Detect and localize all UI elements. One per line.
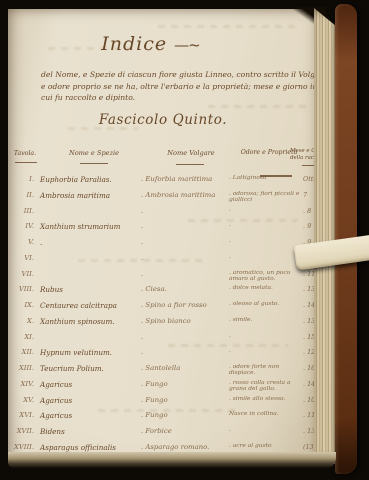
species-name: Agaricus: [40, 380, 138, 389]
odor-property: .: [229, 348, 305, 354]
row-number: VII.: [8, 270, 34, 278]
table-row: XV. Agaricus . Fungo . simile allo stess…: [8, 396, 348, 412]
row-number: V.: [8, 238, 34, 246]
species-name: Bidens: [40, 427, 138, 436]
common-name: .: [141, 207, 225, 215]
header-underline: [176, 164, 204, 165]
odor-property: . rosso colla cresta a grana del gallo.: [229, 380, 305, 393]
bleedthrough-mark: [208, 105, 308, 108]
odor-property: .: [229, 254, 305, 260]
header-underline: [80, 163, 108, 164]
row-number: VIII.: [8, 285, 34, 293]
odor-property: . dolce melata.: [229, 285, 305, 291]
species-name: Ambrosia maritima: [40, 191, 138, 200]
species-name: Teucrium Polium.: [40, 364, 138, 373]
odor-property: . Lattiginosa: [229, 175, 305, 181]
common-name: . Fungo: [141, 411, 225, 419]
table-row: VIII. Rubus . Ciesa. . dolce melata. . 1…: [8, 285, 348, 301]
table-row: II. Ambrosia maritima . Ambrosia maritti…: [8, 191, 348, 207]
row-number: XVIII.: [8, 443, 34, 451]
fore-edge: [314, 8, 336, 464]
row-number: IX.: [8, 301, 34, 309]
table-row: VII. . . aromatico, un poco amaro al gus…: [8, 270, 348, 286]
table-row: XIII. Teucrium Polium. . Santolella . od…: [8, 364, 348, 380]
table-header-tavola: Tavola.: [8, 150, 42, 157]
common-name: .: [141, 270, 225, 278]
page-title-text: Indice: [101, 33, 167, 55]
common-name: . Ciesa.: [141, 285, 225, 293]
species-name: .: [40, 238, 138, 247]
odor-property: . oleoso al gusto.: [229, 301, 305, 307]
row-number: XVII.: [8, 427, 34, 435]
index-table: I. Euphorbia Paralias. . Euforbia maritt…: [8, 175, 348, 459]
subtitle-line-3: cui fu raccolto e dipinto.: [41, 92, 335, 104]
odor-property: .: [229, 222, 305, 228]
odor-property: .: [229, 427, 305, 433]
row-number: XV.: [8, 396, 34, 404]
page-bottom-edge: [8, 452, 336, 468]
section-heading: Fascicolo Quinto.: [78, 112, 248, 128]
common-name: .: [141, 348, 225, 356]
row-number: XVI.: [8, 411, 34, 419]
common-name: .: [141, 222, 225, 230]
common-name: . Asparago romano.: [141, 443, 225, 451]
table-header-nome: Nome e Spezie: [48, 149, 140, 157]
odor-property: . odore forte non dispiace.: [229, 364, 305, 377]
table-row: XI. . . . 15: [8, 333, 348, 349]
odor-property: .: [229, 333, 305, 339]
odor-property: . odorosa; fiori piccoli e giallicci: [229, 191, 305, 204]
common-name: . Ambrosia marittima: [141, 191, 225, 199]
common-name: . Fungo: [141, 396, 225, 404]
common-name: . Euforbia marittima: [141, 175, 225, 183]
table-row: XVII. Bidens . Forbice . . 13: [8, 427, 348, 443]
common-name: . Spino a fior rosso: [141, 301, 225, 309]
table-row: III. . . . 8: [8, 207, 348, 223]
table-row: XIV. Agaricus . Fungo . rosso colla cres…: [8, 380, 348, 396]
table-row: IX. Centaurea calcitrapa . Spino a fior …: [8, 301, 348, 317]
subtitle-line-2: e odore proprio se ne ha, oltre l'erbari…: [41, 81, 335, 93]
odor-property: . simile allo stesso.: [229, 396, 305, 402]
row-number: III.: [8, 207, 34, 215]
header-underline: [15, 162, 37, 163]
table-row: XVI. Agaricus . Fungo Nasce in collina. …: [8, 411, 348, 427]
book-photo: Indice —~ del Nome, e Spezie di ciascun …: [0, 0, 369, 480]
species-name: Euphorbia Paralias.: [40, 175, 138, 184]
index-subtitle: del Nome, e Spezie di ciascun fiore gius…: [41, 69, 335, 104]
table-row: I. Euphorbia Paralias. . Euforbia maritt…: [8, 175, 348, 191]
bleedthrough-mark: [158, 25, 298, 28]
row-number: II.: [8, 191, 34, 199]
common-name: .: [141, 238, 225, 246]
species-name: Xanthium spinosum.: [40, 317, 138, 326]
row-number: XIII.: [8, 364, 34, 372]
common-name: . Santolella: [141, 364, 225, 372]
odor-property: .: [229, 238, 305, 244]
odor-property: . acre al gusto: [229, 443, 305, 449]
row-number: XI.: [8, 333, 34, 341]
species-name: Asparagus officinalis: [40, 443, 138, 452]
table-row: X. Xanthium spinosum. . Spino bianco . s…: [8, 317, 348, 333]
species-name: Agaricus: [40, 411, 138, 420]
species-name: Hypnum velutinum.: [40, 348, 138, 357]
row-number: X.: [8, 317, 34, 325]
common-name: . Fungo: [141, 380, 225, 388]
common-name: . Forbice: [141, 427, 225, 435]
common-name: .: [141, 333, 225, 341]
row-number: I.: [8, 175, 34, 183]
row-number: XII.: [8, 348, 34, 356]
table-row: IV. Xanthium strumarium . . . 9: [8, 222, 348, 238]
page-title: Indice —~: [63, 33, 238, 55]
common-name: . Spino bianco: [141, 317, 225, 325]
common-name: .: [141, 254, 225, 262]
odor-property: . simile.: [229, 317, 305, 323]
row-number: XIV.: [8, 380, 34, 388]
table-row: XII. Hypnum velutinum. . . . 12.: [8, 348, 348, 364]
row-number: IV.: [8, 222, 34, 230]
odor-property: . aromatico, un poco amaro al gusto.: [229, 270, 305, 283]
species-name: Xanthium strumarium: [40, 222, 138, 231]
row-number: VI.: [8, 254, 34, 262]
table-header-volgare: Nome Volgare: [150, 149, 232, 157]
odor-property: Nasce in collina.: [229, 411, 305, 417]
subtitle-line-1: del Nome, e Spezie di ciascun fiore gius…: [41, 69, 335, 81]
species-name: Agaricus: [40, 396, 138, 405]
species-name: Centaurea calcitrapa: [40, 301, 138, 310]
odor-property: .: [229, 207, 305, 213]
manuscript-page: Indice —~ del Nome, e Spezie di ciascun …: [8, 9, 316, 459]
species-name: Rubus: [40, 285, 138, 294]
title-flourish: —~: [174, 36, 200, 54]
